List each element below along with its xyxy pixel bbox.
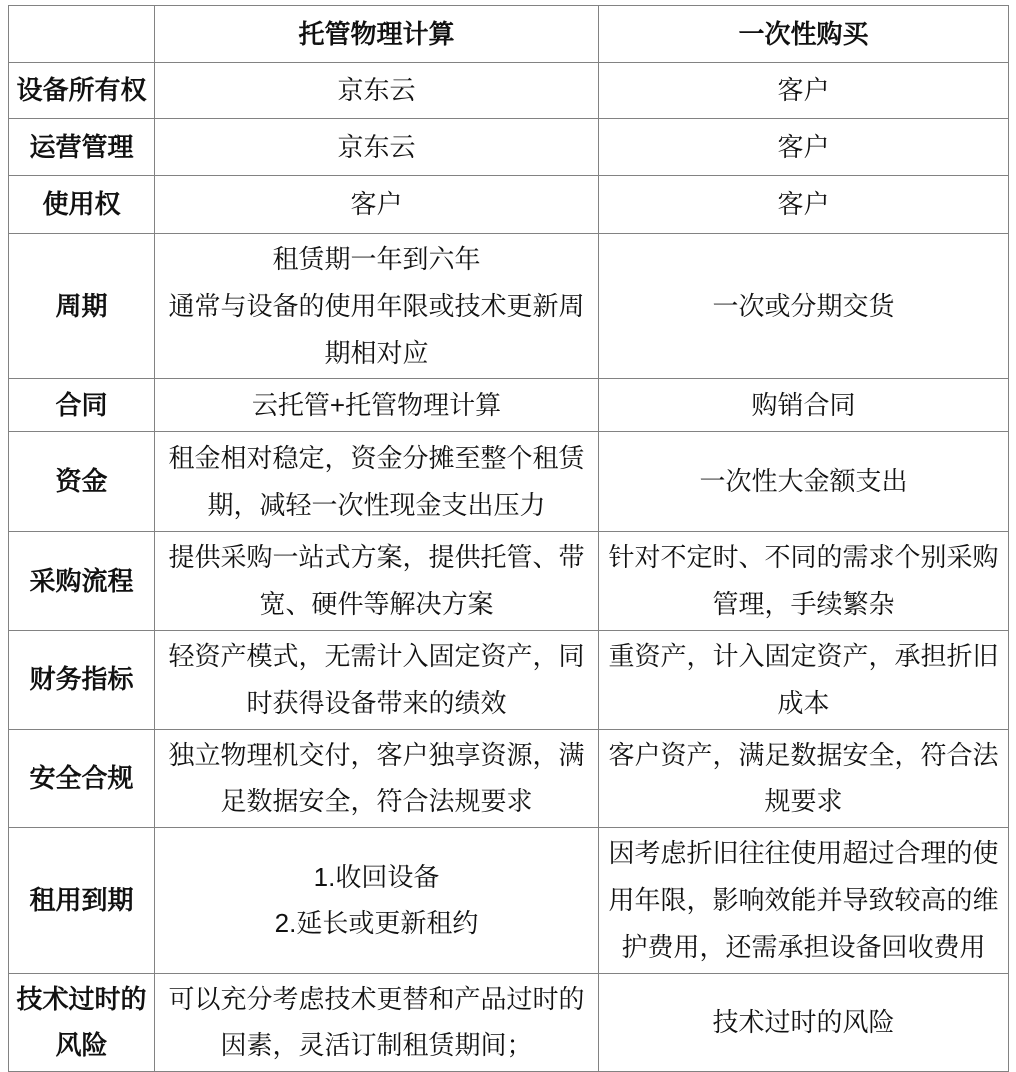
table-row-usage-rights: 使用权 客户 客户 (9, 176, 1009, 234)
row-label: 周期 (9, 234, 155, 379)
table-row-lease-expiry: 租用到期 1.收回设备 2.延长或更新租约 因考虑折旧往往使用超过合理的使用年限… (9, 828, 1009, 973)
row-label: 运营管理 (9, 119, 155, 176)
cell-managed: 轻资产模式，无需计入固定资产，同时获得设备带来的绩效 (155, 630, 599, 729)
comparison-table-container: 托管物理计算 一次性购买 设备所有权 京东云 客户 运营管理 京东云 客户 使用… (8, 5, 1008, 1024)
row-label: 技术过时的风险 (9, 973, 155, 1024)
header-one-time-purchase: 一次性购买 (599, 6, 1009, 63)
row-label: 租用到期 (9, 828, 155, 973)
row-label: 采购流程 (9, 532, 155, 631)
cell-managed: 京东云 (155, 119, 599, 176)
cell-purchase: 客户 (599, 63, 1009, 119)
header-corner-cell (9, 6, 155, 63)
cell-purchase: 重资产，计入固定资产，承担折旧成本 (599, 630, 1009, 729)
table-row-device-ownership: 设备所有权 京东云 客户 (9, 63, 1009, 119)
cell-purchase: 技术过时的风险 (599, 973, 1009, 1024)
cell-managed: 客户 (155, 176, 599, 234)
table-header-row: 托管物理计算 一次性购买 (9, 6, 1009, 63)
cell-managed: 可以充分考虑技术更替和产品过时的因素，灵活订制租赁期间； (155, 973, 599, 1024)
cell-managed: 独立物理机交付，客户独享资源，满足数据安全，符合法规要求 (155, 729, 599, 828)
table-row-operations-management: 运营管理 京东云 客户 (9, 119, 1009, 176)
cell-managed: 租金相对稳定，资金分摊至整个租赁期，减轻一次性现金支出压力 (155, 432, 599, 532)
cell-purchase: 客户资产，满足数据安全，符合法规要求 (599, 729, 1009, 828)
cell-managed: 提供采购一站式方案，提供托管、带宽、硬件等解决方案 (155, 532, 599, 631)
table-row-tech-obsolescence-risk: 技术过时的风险 可以充分考虑技术更替和产品过时的因素，灵活订制租赁期间； 技术过… (9, 973, 1009, 1024)
row-label: 设备所有权 (9, 63, 155, 119)
table-row-funds: 资金 租金相对稳定，资金分摊至整个租赁期，减轻一次性现金支出压力 一次性大金额支… (9, 432, 1009, 532)
comparison-table: 托管物理计算 一次性购买 设备所有权 京东云 客户 运营管理 京东云 客户 使用… (8, 5, 1009, 1024)
cell-purchase: 一次或分期交货 (599, 234, 1009, 379)
table-row-security-compliance: 安全合规 独立物理机交付，客户独享资源，满足数据安全，符合法规要求 客户资产，满… (9, 729, 1009, 828)
cell-purchase: 因考虑折旧往往使用超过合理的使用年限，影响效能并导致较高的维护费用，还需承担设备… (599, 828, 1009, 973)
row-label: 安全合规 (9, 729, 155, 828)
table-row-cycle: 周期 租赁期一年到六年 通常与设备的使用年限或技术更新周期相对应 一次或分期交货 (9, 234, 1009, 379)
cell-purchase: 一次性大金额支出 (599, 432, 1009, 532)
cell-purchase: 客户 (599, 176, 1009, 234)
row-label: 财务指标 (9, 630, 155, 729)
cell-managed: 租赁期一年到六年 通常与设备的使用年限或技术更新周期相对应 (155, 234, 599, 379)
cell-managed: 1.收回设备 2.延长或更新租约 (155, 828, 599, 973)
cell-purchase: 客户 (599, 119, 1009, 176)
cell-managed: 云托管+托管物理计算 (155, 379, 599, 432)
table-row-financial-indicators: 财务指标 轻资产模式，无需计入固定资产，同时获得设备带来的绩效 重资产，计入固定… (9, 630, 1009, 729)
row-label: 合同 (9, 379, 155, 432)
cell-managed: 京东云 (155, 63, 599, 119)
table-row-procurement-process: 采购流程 提供采购一站式方案，提供托管、带宽、硬件等解决方案 针对不定时、不同的… (9, 532, 1009, 631)
header-managed-computing: 托管物理计算 (155, 6, 599, 63)
table-row-contract: 合同 云托管+托管物理计算 购销合同 (9, 379, 1009, 432)
cell-purchase: 针对不定时、不同的需求个别采购管理，手续繁杂 (599, 532, 1009, 631)
cell-purchase: 购销合同 (599, 379, 1009, 432)
row-label: 使用权 (9, 176, 155, 234)
row-label: 资金 (9, 432, 155, 532)
